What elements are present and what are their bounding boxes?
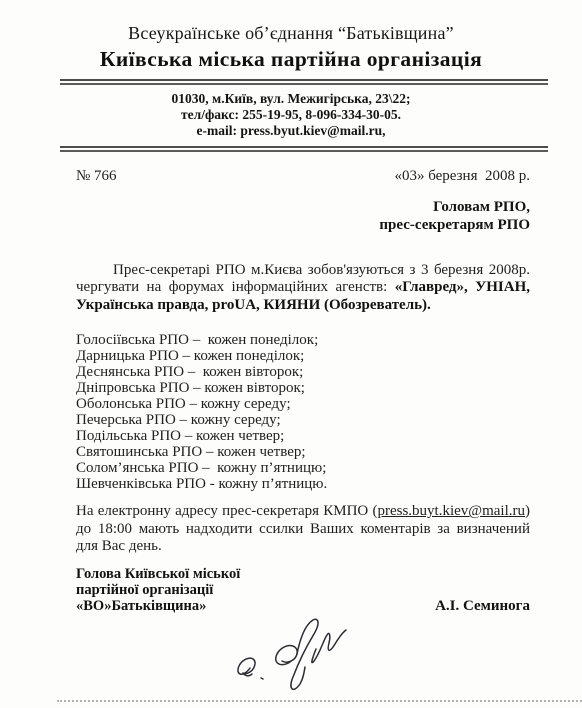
letterhead-email: e-mail: press.byut.kiev@mail.ru, xyxy=(0,123,582,139)
signoff-block: Голова Київської міської партійної орган… xyxy=(76,567,530,614)
org-name: Всеукраїнське об’єднання “Батьківщина” xyxy=(0,0,582,44)
document-number: № 766 xyxy=(76,168,117,185)
signoff-title-line-2: партійної організації xyxy=(76,583,240,599)
email-instruction-paragraph: На електронну адресу прес-секретаря КМПО… xyxy=(76,503,530,555)
signoff-title-line-1: Голова Київської міської xyxy=(76,567,240,583)
signoff-name: А.І. Семинога xyxy=(435,598,530,615)
letterhead-phone-fax: тел/факс: 255-19-95, 8-096-334-30-05. xyxy=(0,107,582,123)
letterhead-contact-block: 01030, м.Київ, вул. Межигірська, 23\22; … xyxy=(0,91,582,139)
schedule-item: Подільська РПО – кожен четвер; xyxy=(76,428,530,444)
recipient-block: Головам РПО, прес-секретарям РПО xyxy=(76,199,530,234)
email-link[interactable]: press.buyt.kiev@mail.ru xyxy=(377,503,525,519)
document-meta-row: № 766 «03» березня 2008 р. xyxy=(76,168,530,185)
schedule-item: Шевченківська РПО - кожну п’ятницю. xyxy=(76,476,530,492)
intro-paragraph: Прес-секретарі РПО м.Києва зобов'язуютьс… xyxy=(76,262,530,314)
duty-schedule-list: Голосіївська РПО – кожен понеділок; Дарн… xyxy=(76,332,530,492)
handwritten-signature xyxy=(234,616,354,700)
scanned-letter-page: Всеукраїнське об’єднання “Батьківщина” К… xyxy=(0,0,582,708)
document-date: «03» березня 2008 р. xyxy=(394,168,530,185)
schedule-item: Солом’янська РПО – кожну п’ятницю; xyxy=(76,460,530,476)
signoff-title-line-3: «ВО»Батьківщина» xyxy=(76,599,240,615)
signoff-title: Голова Київської міської партійної орган… xyxy=(76,567,240,614)
schedule-item: Дніпровська РПО – кожен вівторок; xyxy=(76,380,530,396)
schedule-item: Деснянська РПО – кожен вівторок; xyxy=(76,364,530,380)
letterhead-divider-top xyxy=(60,79,548,85)
schedule-item: Оболонська РПО – кожну середу; xyxy=(76,396,530,412)
outro-text-before: На електронну адресу прес-секретаря КМПО… xyxy=(76,503,377,519)
schedule-item: Печерська РПО – кожну середу; xyxy=(76,412,530,428)
recipient-line-1: Головам РПО, xyxy=(76,199,530,217)
letterhead-address: 01030, м.Київ, вул. Межигірська, 23\22; xyxy=(0,91,582,107)
letterhead-divider-bottom xyxy=(60,146,548,152)
page-scan-edge xyxy=(57,700,582,702)
schedule-item: Дарницька РПО – кожен понеділок; xyxy=(76,348,530,364)
letter-body: № 766 «03» березня 2008 р. Головам РПО, … xyxy=(0,168,582,615)
recipient-line-2: прес-секретарям РПО xyxy=(76,217,530,235)
schedule-item: Голосіївська РПО – кожен понеділок; xyxy=(76,332,530,348)
org-unit: Київська міська партійна організація xyxy=(0,47,582,72)
schedule-item: Святошинська РПО – кожен четвер; xyxy=(76,444,530,460)
